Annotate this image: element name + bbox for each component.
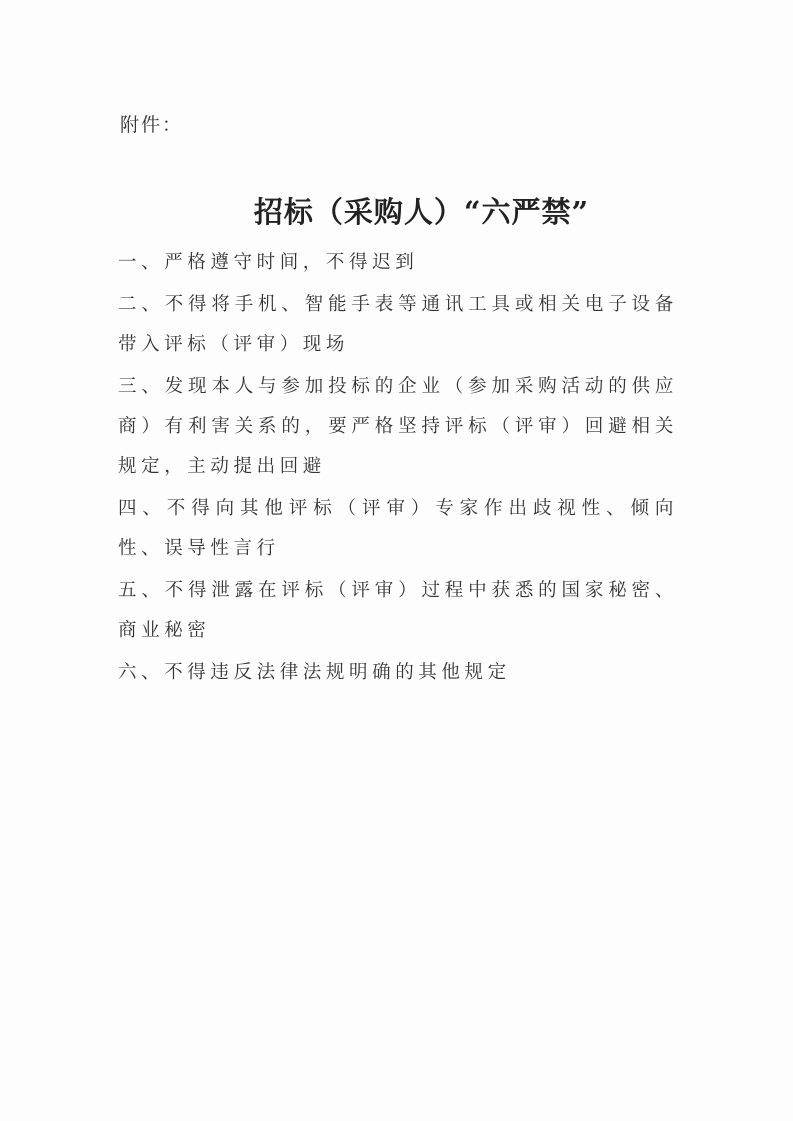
rule-item-3: 三、发现本人与参加投标的企业（参加采购活动的供应商）有利害关系的，要严格坚持评标… [118,367,678,487]
rules-list: 一、严格遵守时间，不得迟到 二、不得将手机、智能手表等通讯工具或相关电子设备带入… [118,243,678,695]
rule-item-4: 四、不得向其他评标（评审）专家作出歧视性、倾向性、误导性言行 [118,489,678,569]
document-title: 招标（采购人）“六严禁” [0,190,793,231]
document-page: 附件： 招标（采购人）“六严禁” 一、严格遵守时间，不得迟到 二、不得将手机、智… [0,0,793,1121]
rule-item-5: 五、不得泄露在评标（评审）过程中获悉的国家秘密、商业秘密 [118,571,678,651]
rule-item-1: 一、严格遵守时间，不得迟到 [118,243,678,283]
attachment-label: 附件： [120,110,183,137]
rule-item-6: 六、不得违反法律法规明确的其他规定 [118,653,678,693]
rule-item-2: 二、不得将手机、智能手表等通讯工具或相关电子设备带入评标（评审）现场 [118,285,678,365]
